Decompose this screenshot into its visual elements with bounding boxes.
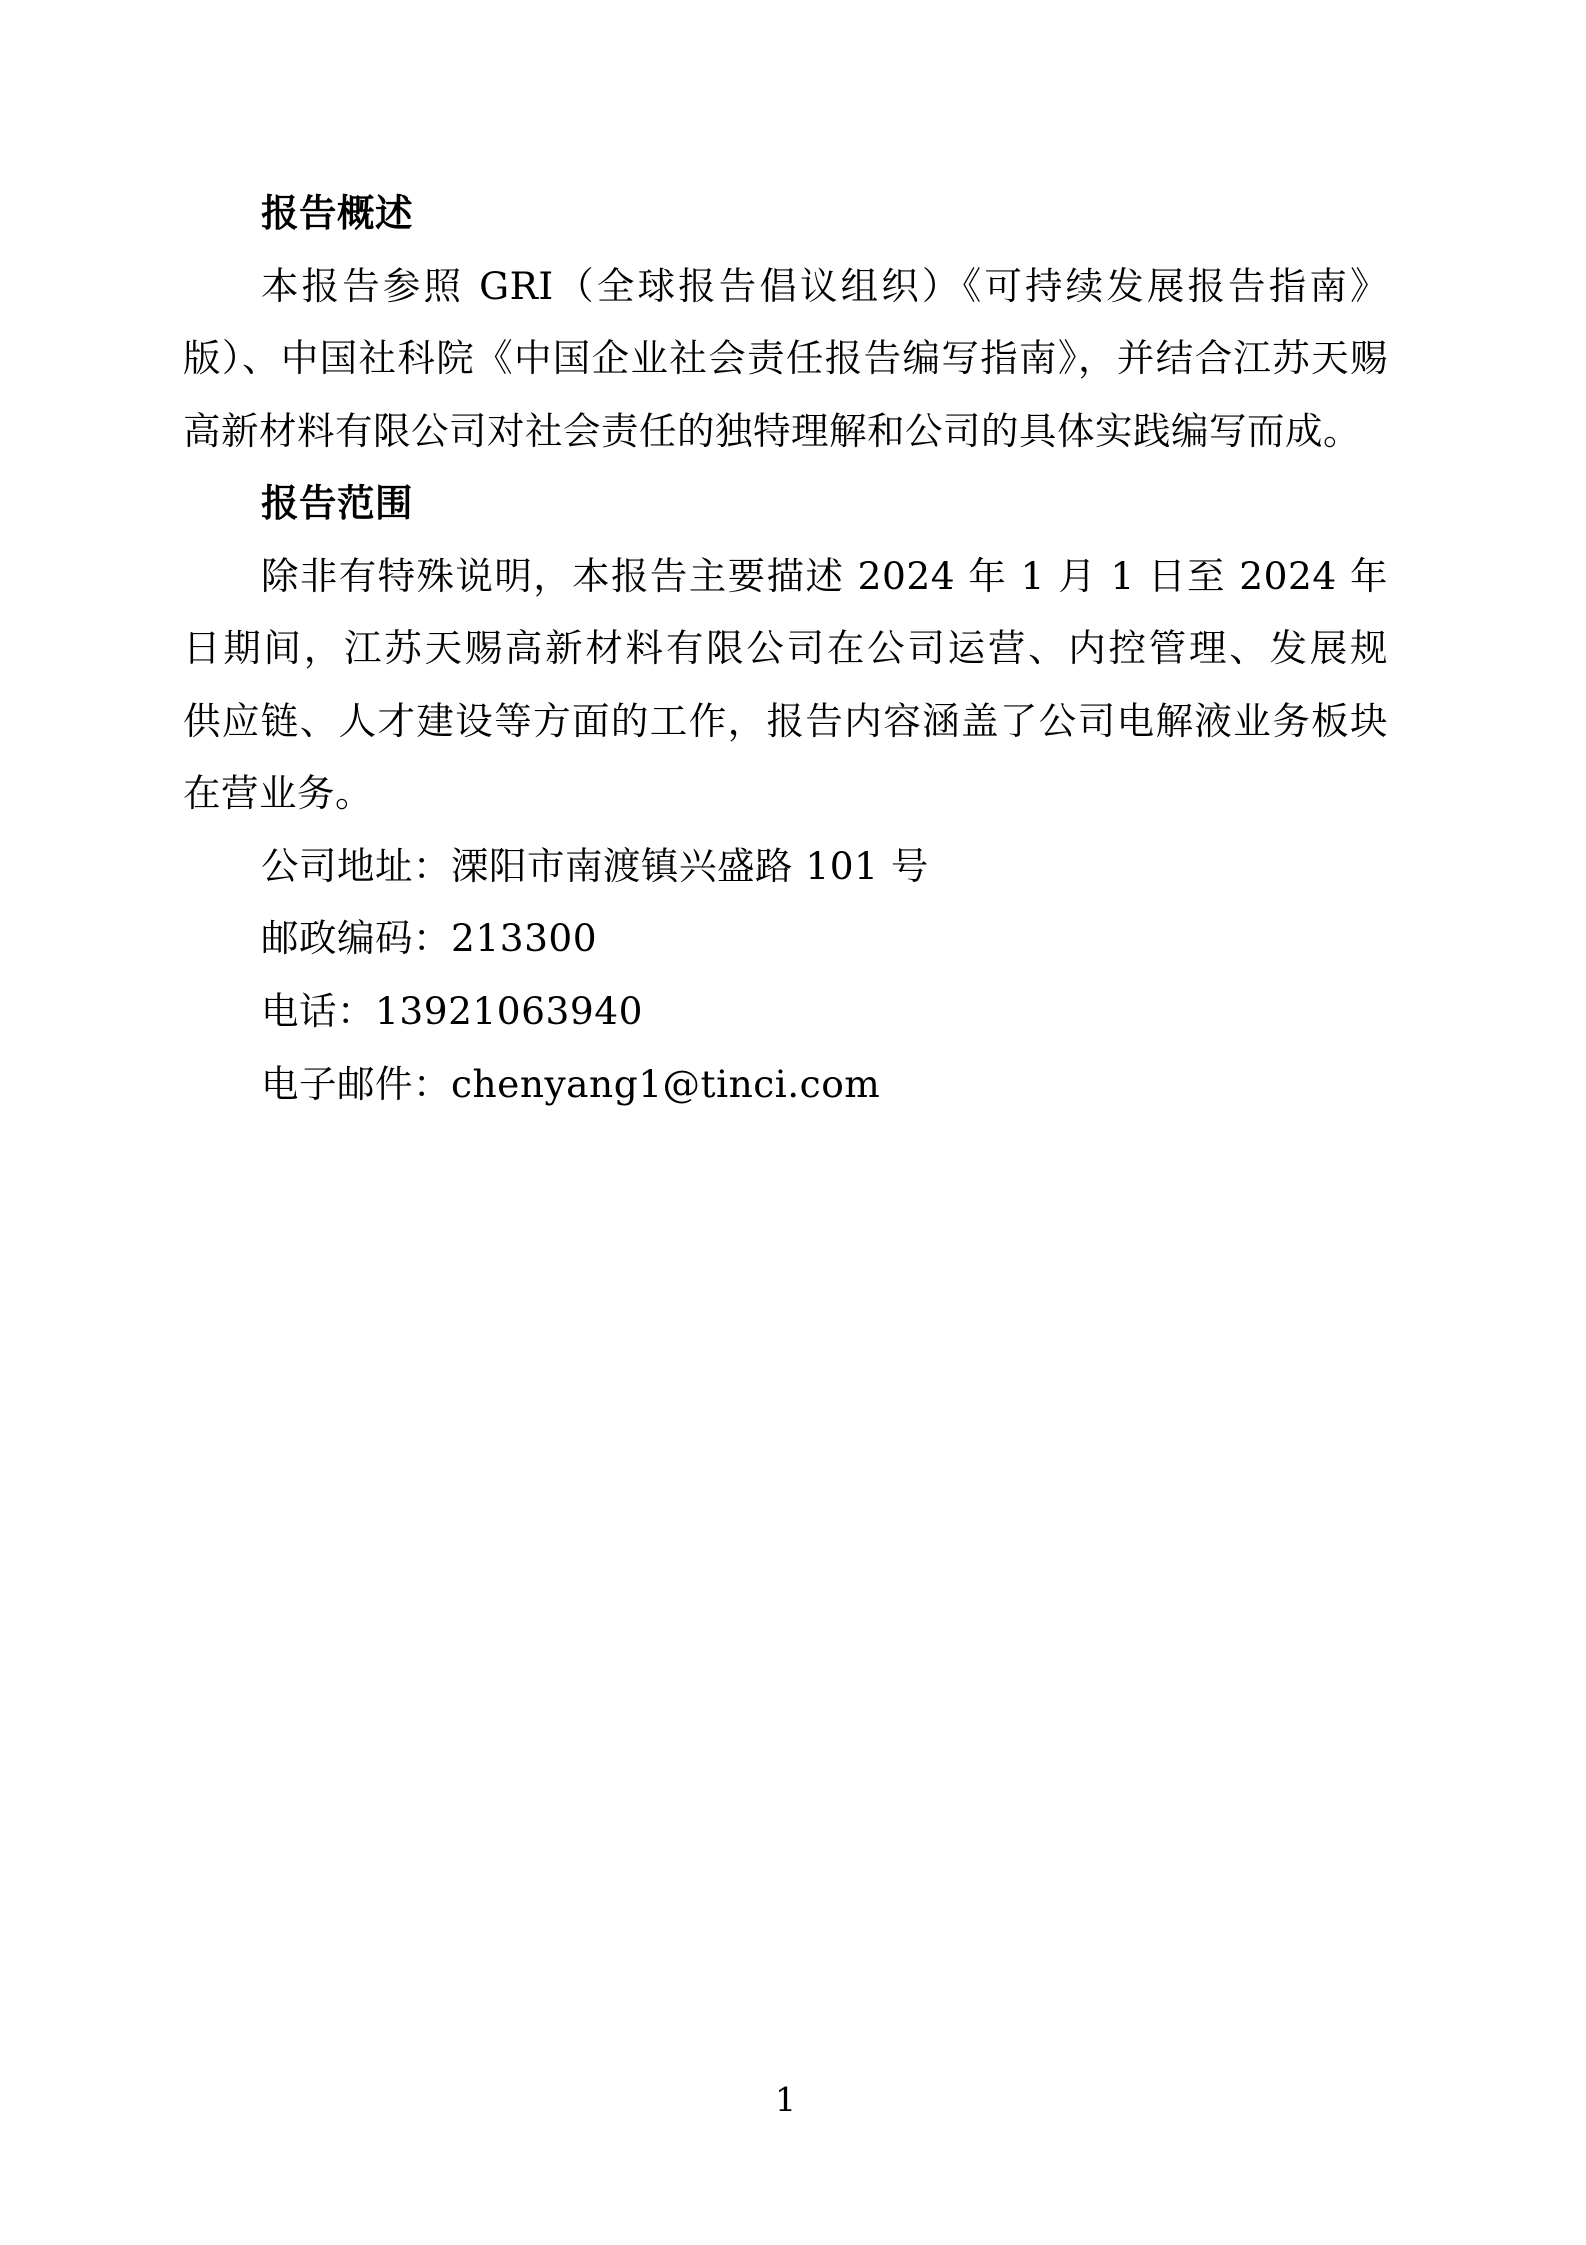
contact-line-postal-code: 邮政编码：213300: [183, 902, 1388, 975]
contact-address-label: 公司地址：: [261, 844, 451, 888]
section-heading-report-scope: 报告范围: [183, 467, 1388, 540]
document-page: 报告概述 本报告参照 GRI（全球报告倡议组织）《可持续发展报告指南》（G3 版…: [0, 0, 1586, 2245]
document-body: 报告概述 本报告参照 GRI（全球报告倡议组织）《可持续发展报告指南》（G3 版…: [183, 177, 1388, 1120]
paragraph-line: 除非有特殊说明，本报告主要描述 2024 年 1 月 1 日至 2024 年 1…: [183, 540, 1388, 613]
paragraph-line: 日期间，江苏天赐高新材料有限公司在公司运营、内控管理、发展规划、: [183, 612, 1388, 685]
contact-line-email: 电子邮件：chenyang1@tinci.com: [183, 1048, 1388, 1121]
paragraph-line: 本报告参照 GRI（全球报告倡议组织）《可持续发展报告指南》（G3: [183, 250, 1388, 323]
paragraph-line: 高新材料有限公司对社会责任的独特理解和公司的具体实践编写而成。: [183, 395, 1388, 468]
contact-line-phone: 电话：13921063940: [183, 975, 1388, 1048]
contact-phone-label: 电话：: [261, 989, 375, 1033]
paragraph-line: 供应链、人才建设等方面的工作，报告内容涵盖了公司电解液业务板块的: [183, 685, 1388, 758]
contact-line-address: 公司地址：溧阳市南渡镇兴盛路 101 号: [183, 830, 1388, 903]
paragraph-line: 在营业务。: [183, 757, 1388, 830]
paragraph-line: 版）、中国社科院《中国企业社会责任报告编写指南》，并结合江苏天赐: [183, 322, 1388, 395]
contact-address-value: 溧阳市南渡镇兴盛路 101 号: [451, 844, 929, 888]
page-number: 1: [183, 2080, 1388, 2120]
contact-email-value: chenyang1@tinci.com: [451, 1062, 880, 1106]
contact-postal-value: 213300: [451, 916, 597, 960]
contact-postal-label: 邮政编码：: [261, 916, 451, 960]
section-heading-report-overview: 报告概述: [183, 177, 1388, 250]
contact-phone-value: 13921063940: [375, 989, 643, 1033]
contact-email-label: 电子邮件：: [261, 1062, 451, 1106]
